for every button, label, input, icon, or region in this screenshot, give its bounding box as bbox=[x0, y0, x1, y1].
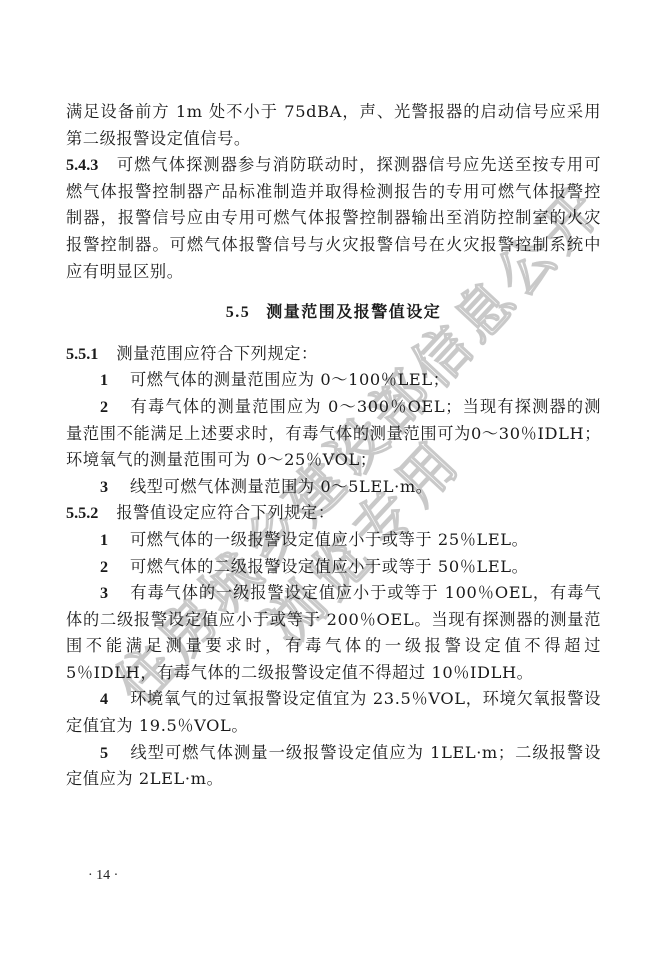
clause-5-5-1: 5.5.1测量范围应符合下列规定： bbox=[66, 341, 601, 368]
item-text: 线型可燃气体测量一级报警设定值应为 1LEL·m；二级报警设定值应为 2LEL·… bbox=[66, 743, 601, 789]
list-item: 5线型可燃气体测量一级报警设定值应为 1LEL·m；二级报警设定值应为 2LEL… bbox=[66, 740, 601, 793]
list-item: 3有毒气体的一级报警设定值应小于或等于 100％OEL，有毒气体的二级报警设定值… bbox=[66, 580, 601, 686]
clause-number: 5.4.3 bbox=[66, 156, 98, 174]
clause-5-5-2: 5.5.2报警值设定应符合下列规定： bbox=[66, 500, 601, 527]
item-number: 2 bbox=[100, 394, 130, 421]
list-item: 1可燃气体的测量范围应为 0～100％LEL； bbox=[66, 367, 601, 394]
item-text: 环境氧气的过氧报警设定值宜为 23.5％VOL，环境欠氧报警设定值宜为 19.5… bbox=[66, 689, 601, 735]
section-number: 5.5 bbox=[226, 304, 251, 321]
item-number: 1 bbox=[100, 527, 130, 554]
document-page: 住房城乡建设部信息公开 浏览专用 满足设备前方 1m 处不小于 75dBA，声、… bbox=[0, 0, 661, 959]
item-text: 有毒气体的一级报警设定值应小于或等于 100％OEL，有毒气体的二级报警设定值应… bbox=[66, 583, 601, 682]
item-number: 3 bbox=[100, 474, 130, 501]
item-text: 可燃气体的测量范围应为 0～100％LEL； bbox=[130, 370, 449, 389]
list-item: 1可燃气体的一级报警设定值应小于或等于 25％LEL。 bbox=[66, 527, 601, 554]
item-text: 线型可燃气体测量范围为 0～5LEL·m。 bbox=[130, 477, 433, 496]
section-heading: 5.5测量范围及报警值设定 bbox=[66, 299, 601, 327]
clause-5-4-3: 5.4.3可燃气体探测器参与消防联动时，探测器信号应先送至按专用可燃气体报警控制… bbox=[66, 152, 601, 285]
document-body: 满足设备前方 1m 处不小于 75dBA，声、光警报器的启动信号应采用第二级报警… bbox=[66, 99, 601, 793]
section-title: 测量范围及报警值设定 bbox=[266, 302, 441, 321]
item-text: 可燃气体的二级报警设定值应小于或等于 50％LEL。 bbox=[130, 557, 528, 576]
list-item: 3线型可燃气体测量范围为 0～5LEL·m。 bbox=[66, 474, 601, 501]
clause-text: 报警值设定应符合下列规定： bbox=[116, 503, 334, 522]
item-text: 有毒气体的测量范围应为 0～300％OEL；当现有探测器的测量范围不能满足上述要… bbox=[66, 397, 601, 469]
item-text: 可燃气体的一级报警设定值应小于或等于 25％LEL。 bbox=[130, 530, 528, 549]
item-number: 5 bbox=[100, 740, 130, 767]
list-item: 2有毒气体的测量范围应为 0～300％OEL；当现有探测器的测量范围不能满足上述… bbox=[66, 394, 601, 474]
page-number: · 14 · bbox=[88, 868, 118, 884]
clause-number: 5.5.2 bbox=[66, 504, 98, 522]
list-item: 2可燃气体的二级报警设定值应小于或等于 50％LEL。 bbox=[66, 554, 601, 581]
continuation-paragraph: 满足设备前方 1m 处不小于 75dBA，声、光警报器的启动信号应采用第二级报警… bbox=[66, 99, 601, 152]
clause-number: 5.5.1 bbox=[66, 345, 98, 363]
list-item: 4环境氧气的过氧报警设定值宜为 23.5％VOL，环境欠氧报警设定值宜为 19.… bbox=[66, 686, 601, 739]
item-number: 4 bbox=[100, 686, 130, 713]
clause-text: 可燃气体探测器参与消防联动时，探测器信号应先送至按专用可燃气体报警控制器产品标准… bbox=[66, 155, 601, 280]
clause-text: 测量范围应符合下列规定： bbox=[116, 344, 317, 363]
item-number: 1 bbox=[100, 367, 130, 394]
item-number: 3 bbox=[100, 580, 130, 607]
item-number: 2 bbox=[100, 554, 130, 581]
